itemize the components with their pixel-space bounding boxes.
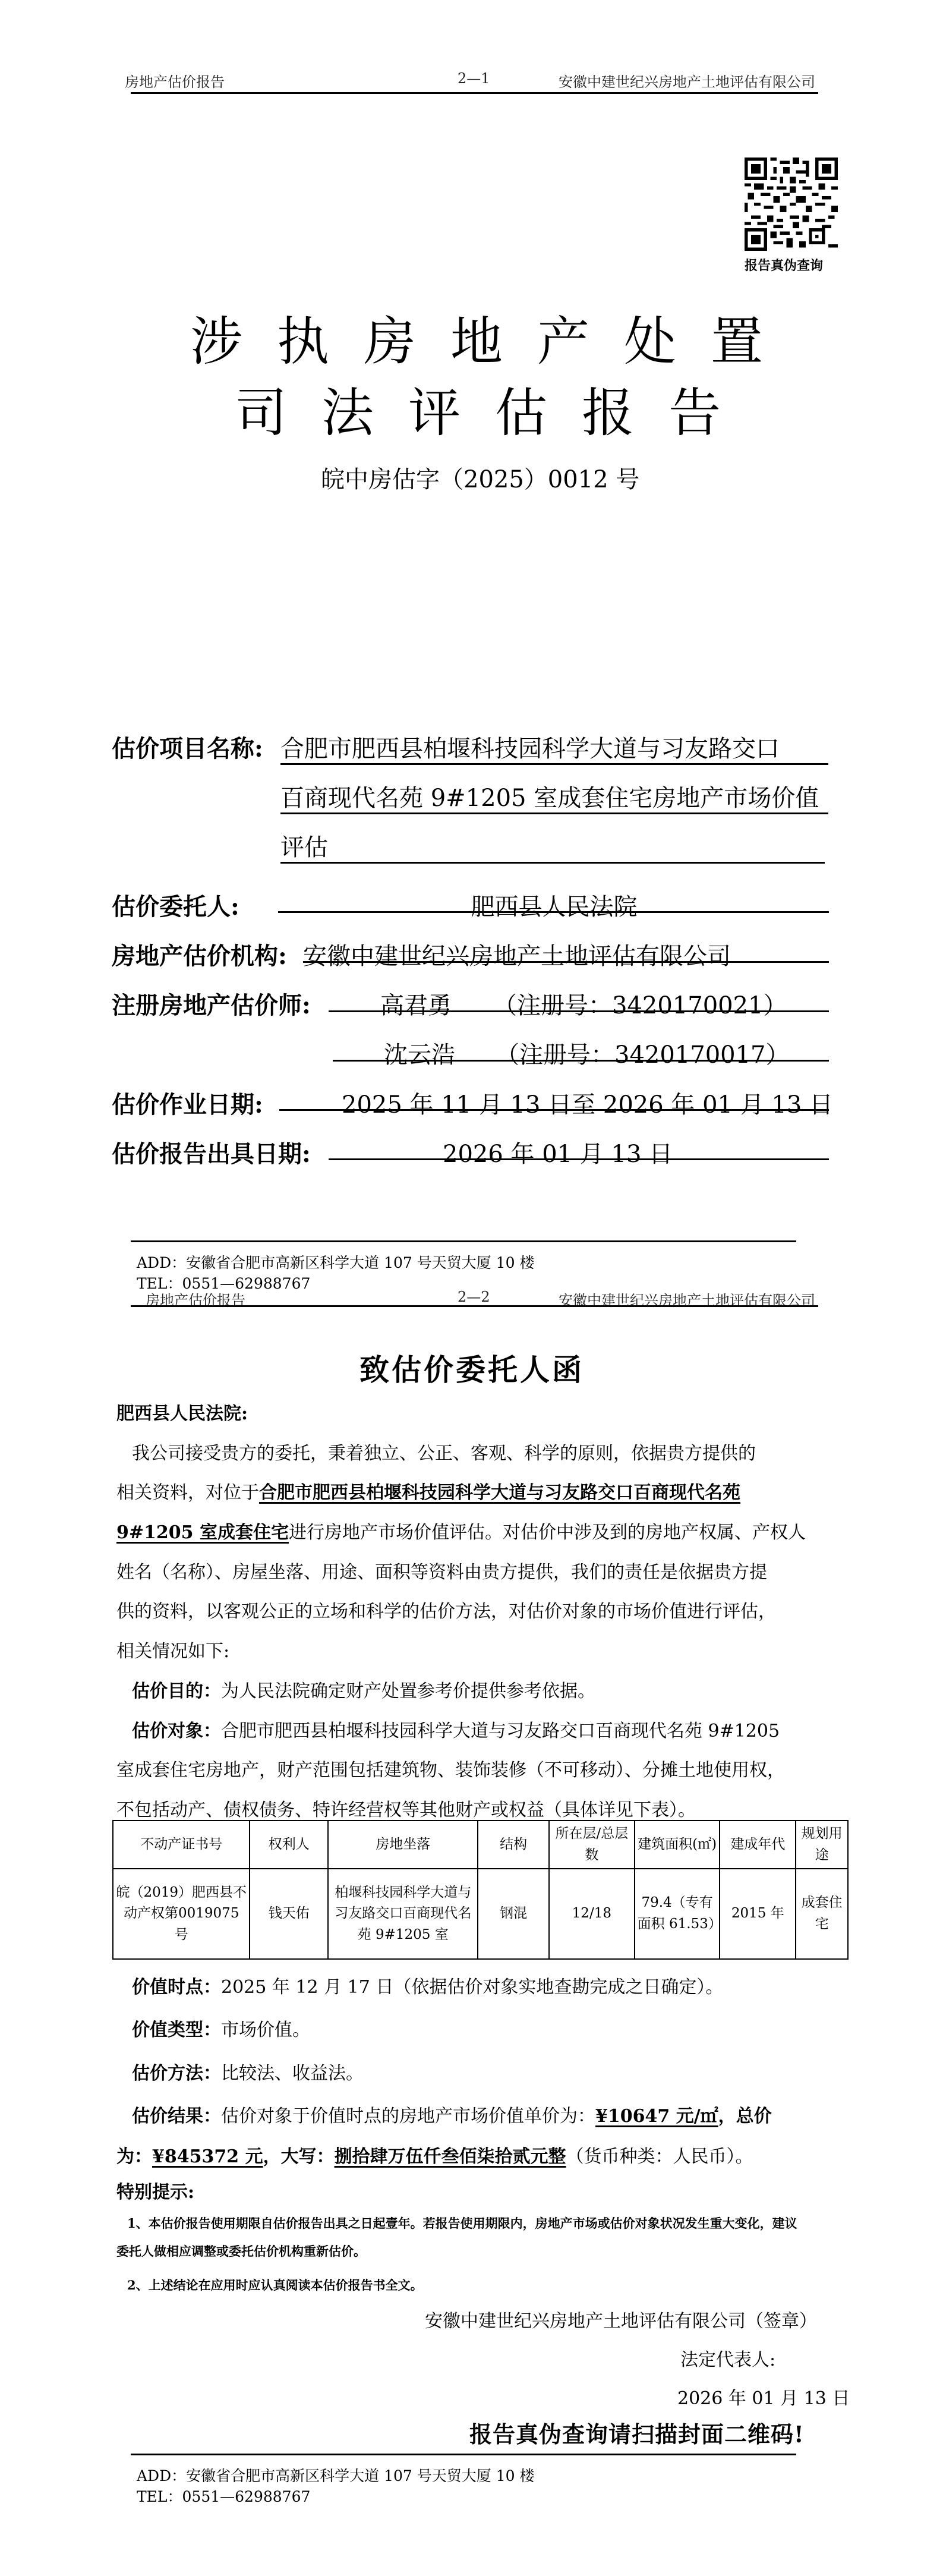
property-table: 不动产证书号 权利人 房地坐落 结构 所在层/总层数 建筑面积(㎡) 建成年代 … — [112, 1820, 849, 1960]
table-cell-floor: 12/18 — [549, 1869, 635, 1959]
footer-phone: TEL：0551—62988767 — [137, 2485, 310, 2506]
property-unit-underlined: 9#1205 室成套住宅 — [116, 1522, 289, 1543]
underline — [329, 1010, 829, 1012]
underline — [280, 763, 828, 765]
table-header-row: 不动产证书号 权利人 房地坐落 结构 所在层/总层数 建筑面积(㎡) 建成年代 … — [113, 1821, 848, 1869]
result-text: 估价对象于价值时点的房地产市场价值单价为： — [221, 2106, 595, 2127]
special-notes-label: 特别提示: — [116, 2177, 194, 2203]
purpose-value: 为人民法院确定财产处置参考价提供参考依据。 — [221, 1681, 595, 1702]
table-header: 结构 — [478, 1821, 549, 1869]
object-line-3: 不包括动产、债权债务、特许经营权等其他财产或权益（具体详见下表）。 — [116, 1795, 696, 1821]
footer-address: ADD：安徽省合肥市高新区科学大道 107 号天贸大厦 10 楼 — [137, 2464, 534, 2486]
footer-rule — [131, 1240, 796, 1242]
para-line-2: 相关资料，对位于合肥市肥西县柏堰科技园科学大道与习友路交口百商现代名苑 — [116, 1478, 740, 1504]
value-type-value: 市场价值。 — [221, 2020, 310, 2040]
purpose-row: 估价目的：为人民法院确定财产处置参考价提供参考依据。 — [132, 1676, 595, 1702]
value-type-row: 价值类型：市场价值。 — [132, 2015, 310, 2041]
value-date-label: 价值时点： — [132, 1977, 221, 1998]
table-header: 建成年代 — [720, 1821, 796, 1869]
object-label: 估价对象： — [132, 1721, 221, 1742]
appraiser-1-name: 高君勇 — [380, 987, 452, 1021]
para-line-2-text: 相关资料，对位于 — [116, 1482, 259, 1503]
value-type-label: 价值类型： — [132, 2020, 221, 2040]
letter-title: 致估价委托人函 — [359, 1346, 584, 1389]
result-row-2: 为：¥845372 元，大写：捌拾肆万伍仟叁佰柒拾贰元整（货币种类：人民币）。 — [116, 2142, 753, 2168]
object-row: 估价对象：合肥市肥西县柏堰科技园科学大道与习友路交口百商现代名苑 9#1205 — [132, 1716, 780, 1742]
method-label: 估价方法： — [132, 2063, 221, 2084]
table-header: 不动产证书号 — [113, 1821, 250, 1869]
note-1-line-2: 委托人做相应调整或委托估价机构重新估价。 — [116, 2242, 366, 2260]
underline — [279, 1109, 829, 1111]
header-rule — [131, 1305, 818, 1307]
value-date-value: 2025 年 12 月 17 日（依据估价对象实地查勘完成之日确定）。 — [221, 1977, 723, 1998]
appraiser-1-reg: （注册号：3420170021） — [493, 987, 787, 1021]
total-price: ¥845372 元 — [152, 2146, 263, 2167]
issue-date-value: 2026 年 01 月 13 日 — [443, 1135, 673, 1169]
appraiser-2-name: 沈云浩 — [384, 1036, 455, 1070]
appraiser-label: 注册房地产估价师: — [112, 987, 311, 1021]
table-cell-cert-no: 皖（2019）肥西县不动产权第0019075 号 — [113, 1869, 250, 1959]
purpose-label: 估价目的： — [132, 1681, 221, 1702]
underline — [333, 1060, 829, 1062]
project-name-line-1: 合肥市肥西县柏堰科技园科学大道与习友路交口 — [280, 730, 780, 764]
table-row: 皖（2019）肥西县不动产权第0019075 号 钱天佑 柏堰科技园科学大道与习… — [113, 1869, 848, 1959]
para-line-3: 9#1205 室成套住宅进行房地产市场价值评估。对估价中涉及到的房地产权属、产权… — [116, 1517, 806, 1544]
header-right: 安徽中建世纪兴房地产土地评估有限公司 — [559, 70, 815, 91]
result-text: ，总价 — [718, 2106, 772, 2127]
currency-note: （货币种类：人民币）。 — [566, 2146, 753, 2167]
footer-rule — [131, 2454, 796, 2455]
appraiser-2-reg: （注册号：3420170017） — [496, 1036, 790, 1070]
table-cell-usage: 成套住宅 — [796, 1869, 848, 1959]
client-label: 估价委托人: — [112, 888, 239, 922]
object-line-2: 室成套住宅房地产，财产范围包括建筑物、装饰装修（不可移动）、分摊土地使用权， — [116, 1755, 785, 1781]
project-name-line-2: 百商现代名苑 9#1205 室成套住宅房地产市场价值 — [280, 779, 819, 813]
verify-notice: 报告真伪查询请扫描封面二维码! — [469, 2416, 805, 2449]
note-1-line-1: 1、本估价报告使用期限自估价报告出具之日起壹年。若报告使用期限内，房地产市场或估… — [127, 2214, 797, 2232]
project-name-label: 估价项目名称: — [112, 730, 263, 764]
underline — [280, 813, 828, 814]
qr-code-icon[interactable] — [745, 158, 838, 251]
para-line-6: 相关情况如下: — [116, 1636, 229, 1662]
work-date-value: 2025 年 11 月 13 日至 2026 年 01 月 13 日 — [342, 1086, 833, 1120]
work-date-label: 估价作业日期: — [112, 1086, 263, 1120]
agency-value: 安徽中建世纪兴房地产土地评估有限公司 — [303, 937, 731, 971]
project-name-line-3: 评估 — [280, 829, 328, 862]
underline — [329, 1158, 829, 1160]
table-cell-location: 柏堰科技园科学大道与习友路交口百商现代名苑 9#1205 室 — [328, 1869, 478, 1959]
method-row: 估价方法：比较法、收益法。 — [132, 2058, 364, 2084]
para-line-4: 姓名（名称）、房屋坐落、用途、面积等资料由贵方提供，我们的责任是依据贵方提 — [116, 1557, 767, 1583]
table-cell-year: 2015 年 — [720, 1869, 796, 1959]
table-header: 规划用途 — [796, 1821, 848, 1869]
table-cell-owner: 钱天佑 — [250, 1869, 328, 1959]
table-header: 权利人 — [250, 1821, 328, 1869]
unit-price: ¥10647 元/㎡ — [595, 2106, 718, 2127]
object-line-1: 合肥市肥西县柏堰科技园科学大道与习友路交口百商现代名苑 9#1205 — [221, 1721, 780, 1742]
table-header: 所在层/总层数 — [549, 1821, 635, 1869]
header-left: 房地产估价报告 — [125, 70, 225, 91]
qr-label: 报告真伪查询 — [745, 256, 823, 274]
total-price-words: 捌拾肆万伍仟叁佰柒拾贰元整 — [335, 2146, 566, 2167]
footer-address: ADD：安徽省合肥市高新区科学大道 107 号天贸大厦 10 楼 — [137, 1251, 534, 1273]
underline — [280, 862, 825, 864]
agency-label: 房地产估价机构: — [112, 937, 287, 971]
value-date-row: 价值时点：2025 年 12 月 17 日（依据估价对象实地查勘完成之日确定）。 — [132, 1972, 723, 1998]
result-label: 估价结果： — [132, 2106, 221, 2127]
report-title-line-1: 涉执房地产处置 — [190, 300, 797, 375]
table-cell-area: 79.4（专有面积 61.53） — [635, 1869, 720, 1959]
report-title-line-2: 司法评估报告 — [235, 371, 755, 446]
para-line-3-text: 进行房地产市场价值评估。对估价中涉及到的房地产权属、产权人 — [289, 1522, 806, 1543]
header-page-number: 2—1 — [458, 70, 490, 87]
header-rule — [131, 92, 818, 94]
table-header: 房地坐落 — [328, 1821, 478, 1869]
result-text: ，大写： — [263, 2146, 335, 2167]
underline — [278, 911, 829, 913]
signature-company: 安徽中建世纪兴房地产土地评估有限公司（签章） — [425, 2306, 817, 2332]
method-value: 比较法、收益法。 — [221, 2063, 364, 2084]
signature-date: 2026 年 01 月 13 日 — [677, 2383, 850, 2410]
table-header: 建筑面积(㎡) — [635, 1821, 720, 1869]
table-cell-structure: 钢混 — [478, 1869, 549, 1959]
property-address-underlined: 合肥市肥西县柏堰科技园科学大道与习友路交口百商现代名苑 — [259, 1482, 740, 1503]
issue-date-label: 估价报告出具日期: — [112, 1135, 311, 1169]
para-line-1: 我公司接受贵方的委托，秉着独立、公正、客观、科学的原则，依据贵方提供的 — [132, 1438, 756, 1465]
para-line-5: 供的资料，以客观公正的立场和科学的估价方法，对估价对象的市场价值进行评估， — [116, 1596, 776, 1623]
underline — [303, 961, 829, 963]
header-page-number: 2—2 — [458, 1289, 490, 1305]
document-number: 皖中房估字（2025）0012 号 — [321, 461, 639, 495]
note-2: 2、上述结论在应用时应认真阅读本估价报告书全文。 — [127, 2276, 423, 2294]
salutation: 肥西县人民法院: — [116, 1399, 248, 1425]
result-row-1: 估价结果：估价对象于价值时点的房地产市场价值单价为：¥10647 元/㎡，总价 — [132, 2101, 772, 2127]
result-text: 为： — [116, 2146, 152, 2167]
legal-representative-label: 法定代表人: — [680, 2345, 775, 2371]
client-value: 肥西县人民法院 — [279, 888, 829, 922]
